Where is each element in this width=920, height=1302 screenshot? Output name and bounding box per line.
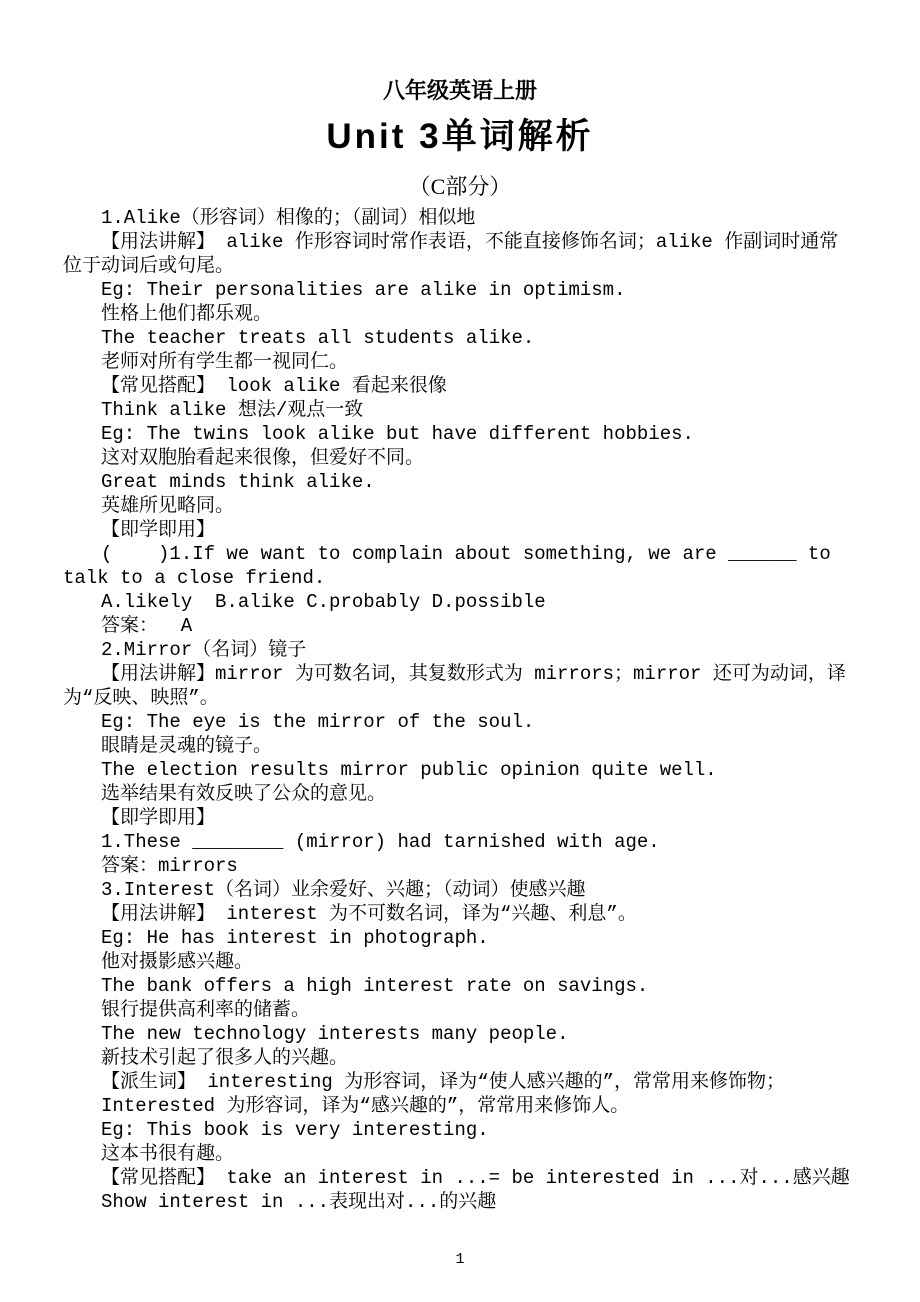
paragraph: 这本书很有趣。 xyxy=(63,1142,857,1166)
paragraph: Great minds think alike. xyxy=(63,470,857,494)
paragraph: 银行提供高利率的储蓄。 xyxy=(63,998,857,1022)
section-label: （C部分） xyxy=(63,174,857,200)
paragraph: Eg: Their personalities are alike in opt… xyxy=(63,278,857,302)
paragraph: 他对摄影感兴趣。 xyxy=(63,950,857,974)
paragraph: A.likely B.alike C.probably D.possible xyxy=(63,590,857,614)
paragraph: The bank offers a high interest rate on … xyxy=(63,974,857,998)
paragraph: 眼睛是灵魂的镜子。 xyxy=(63,734,857,758)
paragraph: Eg: The eye is the mirror of the soul. xyxy=(63,710,857,734)
paragraph: 1.Alike（形容词）相像的；（副词）相似地 xyxy=(63,206,857,230)
paragraph: 【常见搭配】 take an interest in ...= be inter… xyxy=(63,1166,857,1190)
paragraph: 【用法讲解】mirror 为可数名词，其复数形式为 mirrors；mirror… xyxy=(63,662,857,710)
paragraph: Interested 为形容词，译为“感兴趣的”，常常用来修饰人。 xyxy=(63,1094,857,1118)
paragraph: 性格上他们都乐观。 xyxy=(63,302,857,326)
paragraph: 英雄所见略同。 xyxy=(63,494,857,518)
page-number: 1 xyxy=(455,1251,464,1268)
paragraph: Eg: The twins look alike but have differ… xyxy=(63,422,857,446)
book-title: 八年级英语上册 xyxy=(63,78,857,104)
paragraph: Think alike 想法/观点一致 xyxy=(63,398,857,422)
document-body: 1.Alike（形容词）相像的；（副词）相似地【用法讲解】 alike 作形容词… xyxy=(63,206,857,1214)
paragraph: 答案：mirrors xyxy=(63,854,857,878)
paragraph: Eg: He has interest in photograph. xyxy=(63,926,857,950)
paragraph: 答案： A xyxy=(63,614,857,638)
document-page: 八年级英语上册 Unit 3单词解析 （C部分） 1.Alike（形容词）相像的… xyxy=(0,0,920,1302)
paragraph: 3.Interest（名词）业余爱好、兴趣；（动词）使感兴趣 xyxy=(63,878,857,902)
paragraph: ( )1.If we want to complain about someth… xyxy=(63,542,857,590)
paragraph: 【用法讲解】 alike 作形容词时常作表语，不能直接修饰名词；alike 作副… xyxy=(63,230,857,278)
paragraph: 【即学即用】 xyxy=(63,806,857,830)
paragraph: 2.Mirror（名词）镜子 xyxy=(63,638,857,662)
paragraph: The new technology interests many people… xyxy=(63,1022,857,1046)
paragraph: The election results mirror public opini… xyxy=(63,758,857,782)
paragraph: 老师对所有学生都一视同仁。 xyxy=(63,350,857,374)
page-footer: 1 xyxy=(0,1250,920,1268)
paragraph: 【即学即用】 xyxy=(63,518,857,542)
paragraph: 新技术引起了很多人的兴趣。 xyxy=(63,1046,857,1070)
paragraph: 这对双胞胎看起来很像，但爱好不同。 xyxy=(63,446,857,470)
paragraph: The teacher treats all students alike. xyxy=(63,326,857,350)
page-title: Unit 3单词解析 xyxy=(63,117,857,157)
paragraph: Eg: This book is very interesting. xyxy=(63,1118,857,1142)
paragraph: 1.These ________ (mirror) had tarnished … xyxy=(63,830,857,854)
paragraph: 选举结果有效反映了公众的意见。 xyxy=(63,782,857,806)
paragraph: Show interest in ...表现出对...的兴趣 xyxy=(63,1190,857,1214)
paragraph: 【派生词】 interesting 为形容词，译为“使人感兴趣的”，常常用来修饰… xyxy=(63,1070,857,1094)
paragraph: 【用法讲解】 interest 为不可数名词，译为“兴趣、利息”。 xyxy=(63,902,857,926)
document-header: 八年级英语上册 Unit 3单词解析 （C部分） xyxy=(63,78,857,200)
paragraph: 【常见搭配】 look alike 看起来很像 xyxy=(63,374,857,398)
